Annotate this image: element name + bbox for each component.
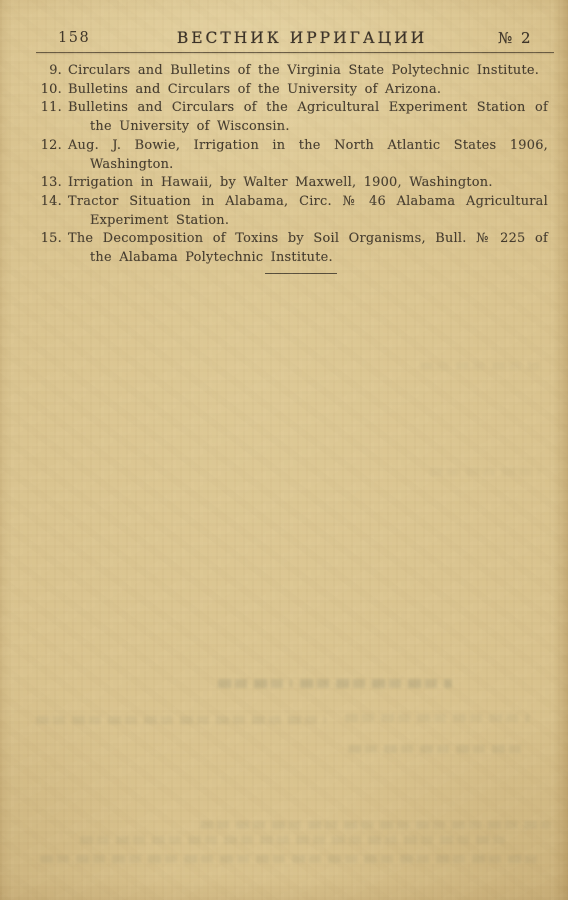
bleedthrough-ghost [40, 855, 542, 863]
item-text: Irrigation in Hawaii, by Walter Maxwell,… [68, 174, 548, 193]
item-text: Bulletins and Circulars of the Agricultu… [68, 99, 548, 136]
bleedthrough-ghost [300, 679, 452, 688]
bleedthrough-ghost [36, 716, 326, 724]
issue-number: № 2 [498, 29, 533, 47]
item-number: 11. [40, 99, 62, 136]
scanned-page: 158 ВЕСТНИК ИРРИГАЦИИ № 2 9. Circulars a… [0, 0, 568, 900]
list-item: 9. Circulars and Bulletins of the Virgin… [40, 62, 548, 81]
item-number: 15. [40, 230, 62, 267]
bleedthrough-ghost [345, 714, 530, 722]
bleedthrough-ghost [348, 745, 523, 753]
item-text: Tractor Situation in Alabama, Circ. № 46… [68, 193, 548, 230]
journal-title: ВЕСТНИК ИРРИГАЦИИ [0, 29, 568, 47]
item-text: Circulars and Bulletins of the Virginia … [68, 62, 548, 81]
item-number: 12. [40, 137, 62, 174]
item-text: The Decomposition of Toxins by Soil Orga… [68, 230, 548, 267]
item-number: 9. [40, 62, 62, 81]
bleedthrough-ghost [430, 468, 540, 476]
item-text: Bulletins and Circulars of the Universit… [68, 81, 548, 100]
list-item: 15. The Decomposition of Toxins by Soil … [40, 230, 548, 267]
page-header: 158 ВЕСТНИК ИРРИГАЦИИ № 2 [0, 0, 568, 56]
bleedthrough-ghost [218, 679, 292, 688]
bleedthrough-ghost [200, 821, 550, 829]
section-divider [265, 273, 337, 274]
bibliography-list: 9. Circulars and Bulletins of the Virgin… [40, 62, 548, 268]
header-rule [36, 52, 554, 53]
list-item: 14. Tractor Situation in Alabama, Circ. … [40, 193, 548, 230]
item-text: Aug. J. Bowie, Irrigation in the North A… [68, 137, 548, 174]
bleedthrough-ghost [80, 836, 510, 844]
item-number: 13. [40, 174, 62, 193]
bleedthrough-ghost [420, 362, 540, 370]
item-number: 10. [40, 81, 62, 100]
list-item: 13. Irrigation in Hawaii, by Walter Maxw… [40, 174, 548, 193]
list-item: 11. Bulletins and Circulars of the Agric… [40, 99, 548, 136]
list-item: 10. Bulletins and Circulars of the Unive… [40, 81, 548, 100]
item-number: 14. [40, 193, 62, 230]
list-item: 12. Aug. J. Bowie, Irrigation in the Nor… [40, 137, 548, 174]
